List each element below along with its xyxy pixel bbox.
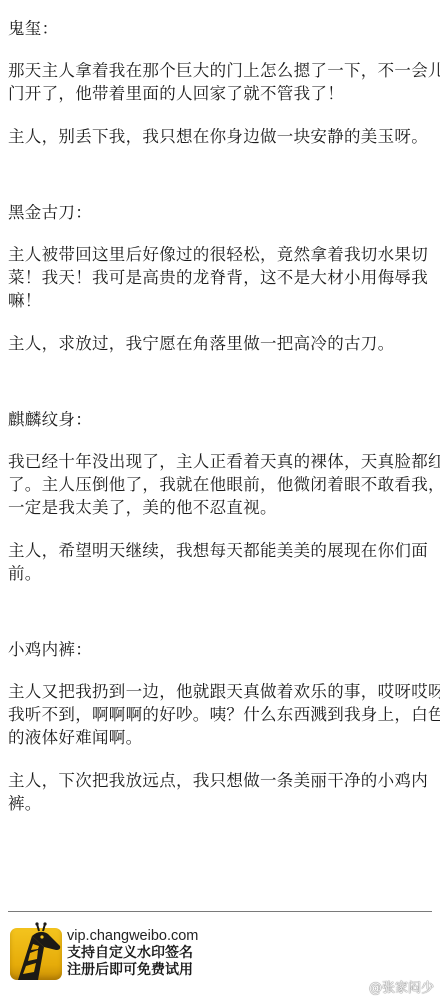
paragraph-line: 一定是我太美了，美的他不忍直视。 xyxy=(8,497,277,519)
paragraph-line: 主人又把我扔到一边，他就跟天真做着欢乐的事，哎呀哎呀 xyxy=(8,681,440,703)
section-title: 小鸡内裤： xyxy=(8,639,92,661)
paragraph-line: 菜！我天！我可是高贵的龙脊背，这不是大材小用侮辱我 xyxy=(8,267,428,289)
paragraph-line: 主人，下次把我放远点，我只想做一条美丽干净的小鸡内 xyxy=(8,770,428,792)
paragraph-line: 前。 xyxy=(8,563,42,585)
paragraph-line: 我听不到，啊啊啊的好吵。咦？什么东西溅到我身上，白色 xyxy=(8,704,440,726)
paragraph-line: 主人，别丢下我，我只想在你身边做一块安静的美玉呀。 xyxy=(8,126,428,148)
watermark-ad: vip.changweibo.com 支持自定义水印签名 注册后即可免费试用 xyxy=(67,928,198,979)
paragraph-line: 的液体好难闻啊。 xyxy=(8,727,142,749)
section-title: 鬼玺： xyxy=(8,18,58,40)
footer-divider xyxy=(8,911,432,912)
section-title: 麒麟纹身： xyxy=(8,409,92,431)
paragraph-line: 了。主人压倒他了，我就在他眼前，他微闭着眼不敢看我， xyxy=(8,474,440,496)
paragraph-line: 那天主人拿着我在那个巨大的门上怎么摁了一下，不一会儿 xyxy=(8,60,440,82)
paragraph-line: 裤。 xyxy=(8,793,42,815)
paragraph-line: 主人，求放过，我宁愿在角落里做一把高冷的古刀。 xyxy=(8,333,394,355)
ad-line-1: 支持自定义水印签名 xyxy=(67,945,198,962)
paragraph-line: 主人被带回这里后好像过的很轻松，竟然拿着我切水果切 xyxy=(8,244,428,266)
ad-line-2: 注册后即可免费试用 xyxy=(67,962,198,979)
author-watermark: @张家闷少 xyxy=(369,977,434,996)
ad-url[interactable]: vip.changweibo.com xyxy=(67,928,198,945)
giraffe-logo-icon xyxy=(10,928,62,980)
paragraph-line: 主人，希望明天继续，我想每天都能美美的展现在你们面 xyxy=(8,540,428,562)
paragraph-line: 门开了，他带着里面的人回家了就不管我了！ xyxy=(8,83,344,105)
section-title: 黑金古刀： xyxy=(8,202,92,224)
paragraph-line: 嘛！ xyxy=(8,290,42,312)
paragraph-line: 我已经十年没出现了，主人正看着天真的裸体，天真脸都红 xyxy=(8,451,440,473)
